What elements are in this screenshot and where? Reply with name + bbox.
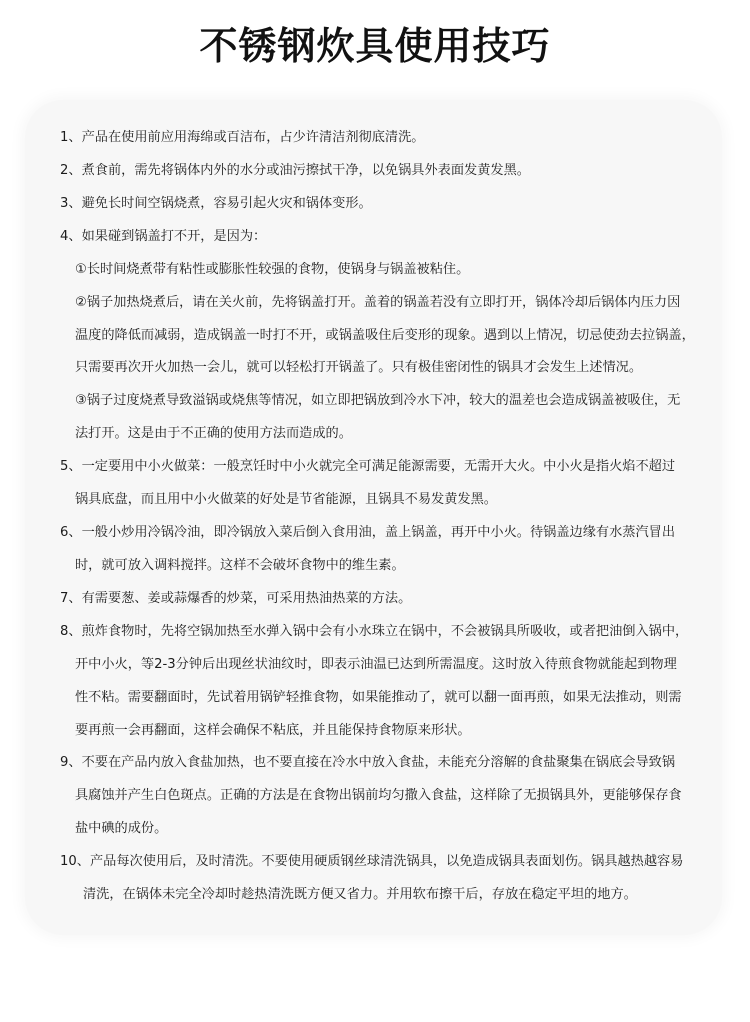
tip-4-sub-1-line-1: ①长时间烧煮带有粘性或膨胀性较强的食物，使锅身与锅盖被粘住。 — [75, 261, 469, 279]
tip-9-line-2: 具腐蚀并产生白色斑点。正确的方法是在食物出锅前均匀撒入食盐，这样除了无损锅具外，… — [75, 787, 682, 805]
tip-8-line-1: 8、煎炸食物时，先将空锅加热至水弹入锅中会有小水珠立在锅中，不会被锅具所吸收，或… — [60, 623, 688, 641]
tip-4-sub-2-line-3: 只需要再次开火加热一会儿，就可以轻松打开锅盖了。只有极佳密闭性的锅具才会发生上述… — [75, 359, 642, 377]
tip-4-sub-3-line-1: ③锅子过度烧煮导致溢锅或烧焦等情况，如立即把锅放到冷水下冲，较大的温差也会造成锅… — [75, 392, 680, 410]
tip-10-line-2: 清洗，在锅体未完全冷却时趁热清洗既方便又省力。并用软布擦干后，存放在稳定平坦的地… — [83, 886, 637, 904]
tip-9-line-3: 盐中碘的成份。 — [75, 820, 167, 838]
tip-3-line-1: 3、避免长时间空锅烧煮，容易引起火灾和锅体变形。 — [60, 195, 372, 213]
tip-5-line-1: 5、一定要用中小火做菜：一般烹饪时中小火就完全可满足能源需要，无需开大火。中小火… — [60, 458, 675, 476]
tip-4-line-1: 4、如果碰到锅盖打不开，是因为： — [60, 228, 266, 246]
tips-card: 1、产品在使用前应用海绵或百洁布，占少许清洁剂彻底清洗。 2、煮食前，需先将锅体… — [25, 100, 722, 935]
tip-4-sub-2-line-1: ②锅子加热烧煮后，请在关火前，先将锅盖打开。盖着的锅盖若没有立即打开，锅体冷却后… — [75, 294, 680, 312]
tip-7-line-1: 7、有需要葱、姜或蒜爆香的炒菜，可采用热油热菜的方法。 — [60, 590, 411, 608]
tip-8-line-4: 要再煎一会再翻面，这样会确保不粘底，并且能保持食物原来形状。 — [75, 722, 471, 740]
page-title: 不锈钢炊具使用技巧 — [0, 22, 750, 70]
tip-4-sub-2-line-2: 温度的降低而减弱，造成锅盖一时打不开，或锅盖吸住后变形的现象。遇到以上情况，切忌… — [75, 327, 695, 345]
tip-8-line-3: 性不粘。需要翻面时，先试着用锅铲轻推食物，如果能推动了，就可以翻一面再煎，如果无… — [75, 689, 682, 707]
tip-4-sub-3-line-2: 法打开。这是由于不正确的使用方法而造成的。 — [75, 425, 352, 443]
tip-9-line-1: 9、不要在产品内放入食盐加热，也不要直接在冷水中放入食盐，未能充分溶解的食盐聚集… — [60, 754, 675, 772]
tip-1-line-1: 1、产品在使用前应用海绵或百洁布，占少许清洁剂彻底清洗。 — [60, 129, 424, 147]
tip-10-line-1: 10、产品每次使用后，及时清洗。不要使用硬质钢丝球清洗锅具，以免造成锅具表面划伤… — [60, 853, 683, 871]
tip-6-line-2: 时，就可放入调料搅拌。这样不会破坏食物中的维生素。 — [75, 557, 405, 575]
tip-8-line-2: 开中小火，等2-3分钟后出现丝状油纹时，即表示油温已达到所需温度。这时放入待煎食… — [75, 656, 677, 674]
tip-5-line-2: 锅具底盘，而且用中小火做菜的好处是节省能源，且锅具不易发黄发黑。 — [75, 491, 497, 509]
tip-6-line-1: 6、一般小炒用冷锅冷油，即冷锅放入菜后倒入食用油，盖上锅盖，再开中小火。待锅盖边… — [60, 524, 675, 542]
tip-2-line-1: 2、煮食前，需先将锅体内外的水分或油污擦拭干净，以免锅具外表面发黄发黑。 — [60, 162, 530, 180]
